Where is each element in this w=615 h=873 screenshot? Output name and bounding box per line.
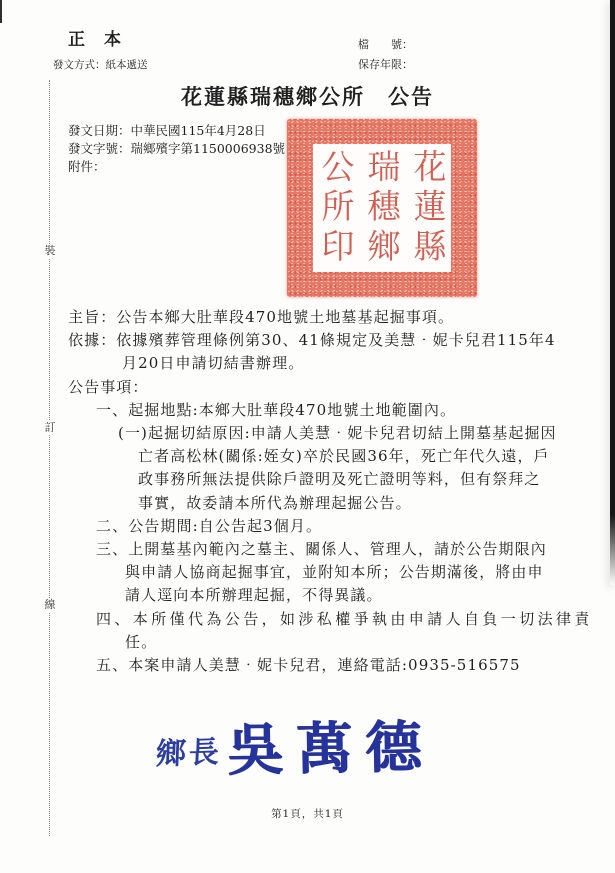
binding-mark-ding: 訂 bbox=[42, 421, 58, 435]
body-line: 四、本所僅代為公告，如涉私權爭執由申請人自負一切法律責 bbox=[68, 608, 573, 631]
body-line: 二、公告期間:自公告起3個月。 bbox=[68, 515, 573, 538]
body-line: 公告事項： bbox=[68, 376, 573, 399]
body-line: 三、上開墓基內範內之墓主、關係人、管理人，請於公告期限內 bbox=[68, 538, 573, 561]
body-line: 任。 bbox=[68, 631, 573, 654]
binding-dotted-line bbox=[49, 80, 50, 836]
binding-mark-zhuang: 裝 bbox=[42, 244, 58, 258]
body-line: 事實，故委請本所代為辦理起掘公告。 bbox=[68, 492, 573, 515]
announcement-document: 裝 訂 線 正 本 發文方式：紙本遞送 檔 號： 保存年限： 花蓮縣瑞穗鄉公所 … bbox=[0, 0, 615, 873]
body-line: 五、本案申請人美慧‧妮卡兒君，連絡電話:0935-516575 bbox=[68, 654, 573, 677]
body-line: 與申請人協商起掘事宜，並附知本所；公告期滿後，將由申 bbox=[68, 561, 573, 584]
seal-column-3: 公所印 bbox=[320, 148, 353, 267]
page-number-footer: 第1頁，共1頁 bbox=[0, 806, 615, 821]
issue-date: 發文日期：中華民國115年4月28日 bbox=[68, 121, 266, 139]
issue-number: 發文字號：瑞鄉殯字第1150006938號 bbox=[68, 139, 285, 157]
retention-period-label: 保存年限： bbox=[358, 56, 413, 72]
copy-type-label: 正 本 bbox=[68, 25, 122, 50]
file-number-label: 檔 號： bbox=[358, 36, 413, 52]
body-line: 政事務所無法提供除戶證明及死亡證明等料，但有祭拜之 bbox=[68, 468, 573, 491]
body-line: 一、起掘地點:本鄉大肚華段470地號土地範圍內。 bbox=[68, 399, 573, 422]
body-lines: 主旨：公告本鄉大肚華段470地號土地墓基起掘事項。依據：依據殯葬管理條例第30、… bbox=[68, 306, 573, 677]
seal-column-2: 瑞穗鄉 bbox=[366, 148, 399, 267]
document-title: 花蓮縣瑞穗鄉公所 公告 bbox=[0, 81, 615, 111]
body-line: (一)起掘切結原因:申請人美慧‧妮卡兒君切結上開墓基起掘因 bbox=[68, 422, 573, 445]
binding-mark-xian: 線 bbox=[42, 598, 58, 612]
body-line: 主旨：公告本鄉大肚華段470地號土地墓基起掘事項。 bbox=[68, 306, 573, 329]
mayor-name-signature: 吳萬德 bbox=[226, 703, 434, 787]
body-line: 亡者高松林(關係:姪女)卒於民國36年，死亡年代久遠，戶 bbox=[68, 445, 573, 468]
scan-corner-artifact bbox=[0, 0, 2, 23]
official-red-seal-inner: 花蓮縣 瑞穗鄉 公所印 bbox=[313, 144, 451, 272]
body-line: 請人逕向本所辦理起掘，不得異議。 bbox=[68, 584, 573, 607]
delivery-method-label: 發文方式：紙本遞送 bbox=[53, 57, 148, 72]
attachment-label: 附件： bbox=[68, 157, 106, 175]
seal-column-1: 花蓮縣 bbox=[412, 148, 445, 267]
mayor-title-signature: 鄉長 bbox=[155, 727, 222, 773]
body-line: 依據：依據殯葬管理條例第30、41條規定及美慧‧妮卡兒君115年4 bbox=[68, 329, 573, 352]
official-red-seal: 花蓮縣 瑞穗鄉 公所印 bbox=[287, 119, 477, 297]
body-line: 月20日申請切結書辦理。 bbox=[68, 352, 573, 375]
